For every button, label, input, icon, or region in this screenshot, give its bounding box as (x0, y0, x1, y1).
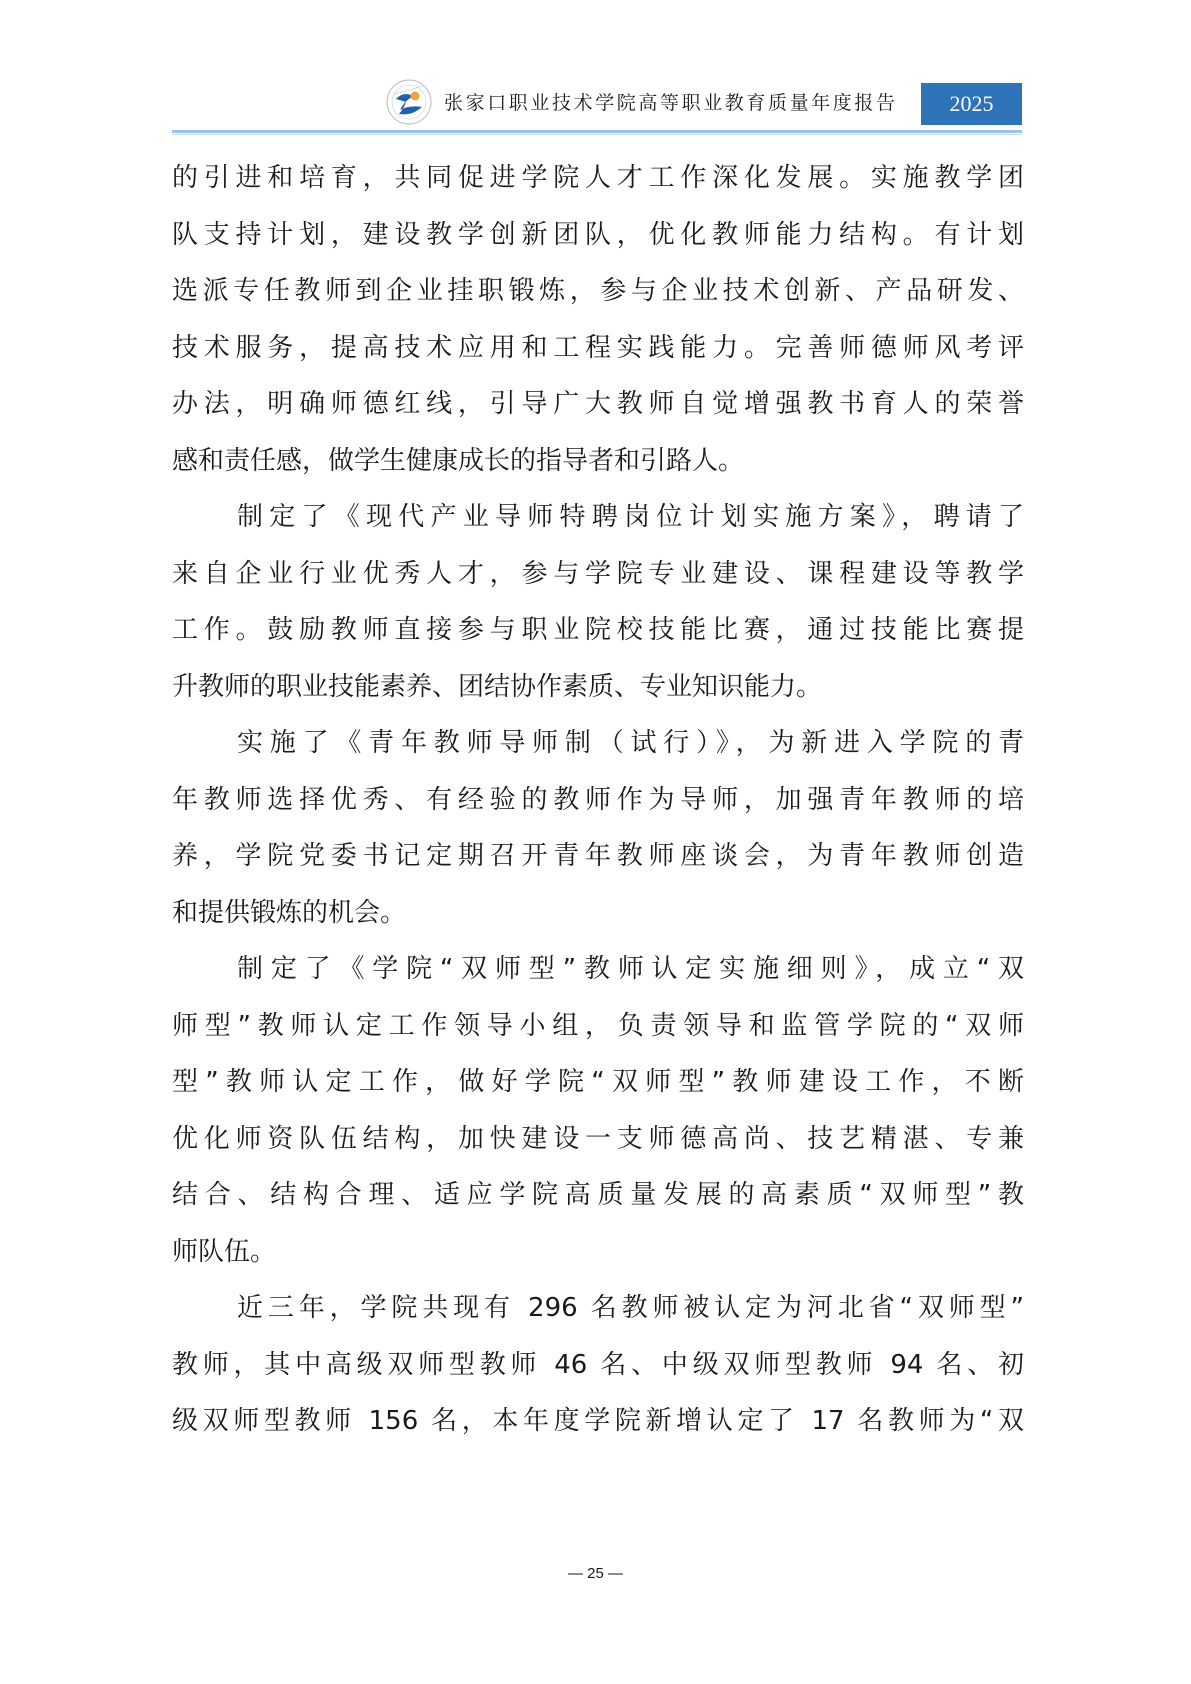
body-text: 的引进和培育，共同促进学院人才工作深化发展。实施教学团队支持计划，建设教学创新团… (172, 150, 1024, 1450)
header-divider-thin (172, 134, 1022, 135)
text-line: 优化师资队伍结构，加快建设一支师德高尚、技艺精湛、专兼 (172, 1111, 1024, 1168)
text-line: 年教师选择优秀、有经验的教师作为导师，加强青年教师的培 (172, 772, 1024, 829)
document-page: 张家口职业技术学院高等职业教育质量年度报告 2025 的引进和培育，共同促进学院… (0, 0, 1191, 1684)
report-title: 张家口职业技术学院高等职业教育质量年度报告 (444, 88, 898, 115)
page-header: 张家口职业技术学院高等职业教育质量年度报告 2025 (0, 0, 1191, 140)
header-divider (172, 130, 1022, 133)
text-line: 和提供锻炼的机会。 (172, 885, 1024, 942)
text-line: 教师，其中高级双师型教师 46 名、中级双师型教师 94 名、初 (172, 1337, 1024, 1394)
text-line: 感和责任感，做学生健康成长的指导者和引路人。 (172, 433, 1024, 490)
college-emblem-icon (385, 78, 433, 126)
text-line: 选派专任教师到企业挂职锻炼，参与企业技术创新、产品研发、 (172, 263, 1024, 320)
text-line: 来自企业行业优秀人才，参与学院专业建设、课程建设等教学 (172, 546, 1024, 603)
text-line: 工作。鼓励教师直接参与职业院校技能比赛，通过技能比赛提 (172, 602, 1024, 659)
text-line: 近三年，学院共现有 296 名教师被认定为河北省“双师型” (172, 1280, 1024, 1337)
text-line: 级双师型教师 156 名，本年度学院新增认定了 17 名教师为“双 (172, 1393, 1024, 1450)
text-line: 办法，明确师德红线，引导广大教师自觉增强教书育人的荣誉 (172, 376, 1024, 433)
year-badge: 2025 (921, 83, 1022, 125)
text-line: 养，学院党委书记定期召开青年教师座谈会，为青年教师创造 (172, 828, 1024, 885)
text-line: 结合、结构合理、适应学院高质量发展的高素质“双师型”教 (172, 1167, 1024, 1224)
text-line: 队支持计划，建设教学创新团队，优化教师能力结构。有计划 (172, 207, 1024, 264)
text-line: 的引进和培育，共同促进学院人才工作深化发展。实施教学团 (172, 150, 1024, 207)
page-number: — 25 — (0, 1565, 1191, 1582)
text-line: 制定了《现代产业导师特聘岗位计划实施方案》，聘请了 (172, 489, 1024, 546)
text-line: 制定了《学院“双师型”教师认定实施细则》，成立“双 (172, 941, 1024, 998)
text-line: 实施了《青年教师导师制（试行）》，为新进入学院的青 (172, 715, 1024, 772)
text-line: 技术服务，提高技术应用和工程实践能力。完善师德师风考评 (172, 320, 1024, 377)
text-line: 型”教师认定工作，做好学院“双师型”教师建设工作，不断 (172, 1054, 1024, 1111)
text-line: 升教师的职业技能素养、团结协作素质、专业知识能力。 (172, 659, 1024, 716)
text-line: 师队伍。 (172, 1224, 1024, 1281)
text-line: 师型”教师认定工作领导小组，负责领导和监管学院的“双师 (172, 998, 1024, 1055)
